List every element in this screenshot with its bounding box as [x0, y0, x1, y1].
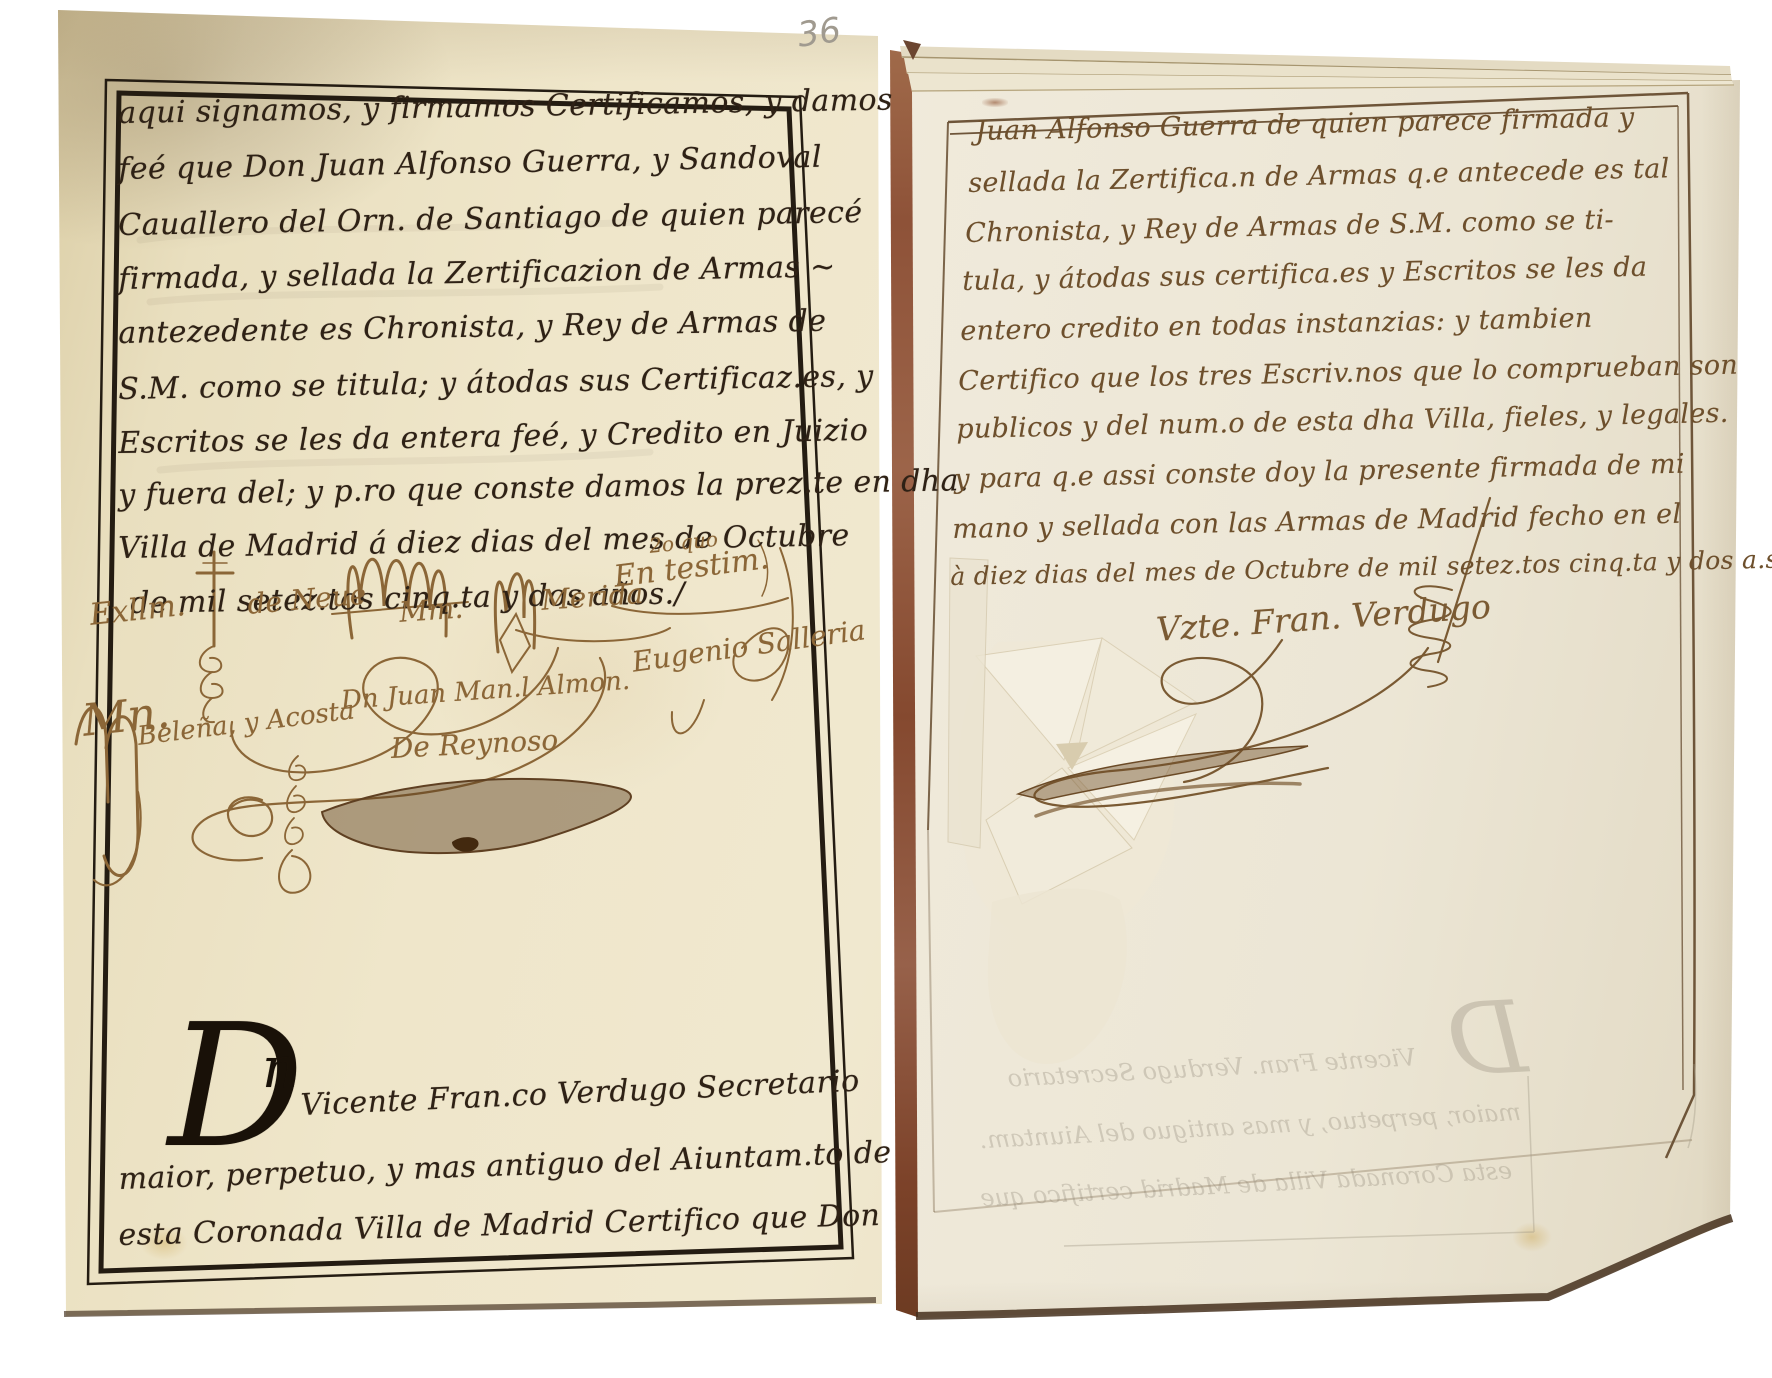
ghost-line: Vicente Fran. Verdugo Secretario [1007, 1043, 1417, 1092]
ghost-initial: D [1444, 988, 1529, 1092]
folio-number: 36 [795, 10, 843, 56]
ghost-text-block: D Vicente Fran. Verdugo Secretario maior… [1034, 997, 1547, 1283]
notarial-cross-icon [197, 552, 233, 722]
signature: Mm. [398, 592, 464, 629]
page-edges [900, 40, 1734, 92]
ghost-line: maior, perpetuo, y mas antiguo del Aiunt… [979, 1098, 1522, 1154]
ghost-line: esta Coronada Villa de Madrid certifico … [980, 1156, 1513, 1212]
illuminated-initial-superscript: n [262, 1036, 298, 1101]
manuscript-photo: 36 aqui signamos, y firmamos Certificamo… [0, 0, 1772, 1378]
